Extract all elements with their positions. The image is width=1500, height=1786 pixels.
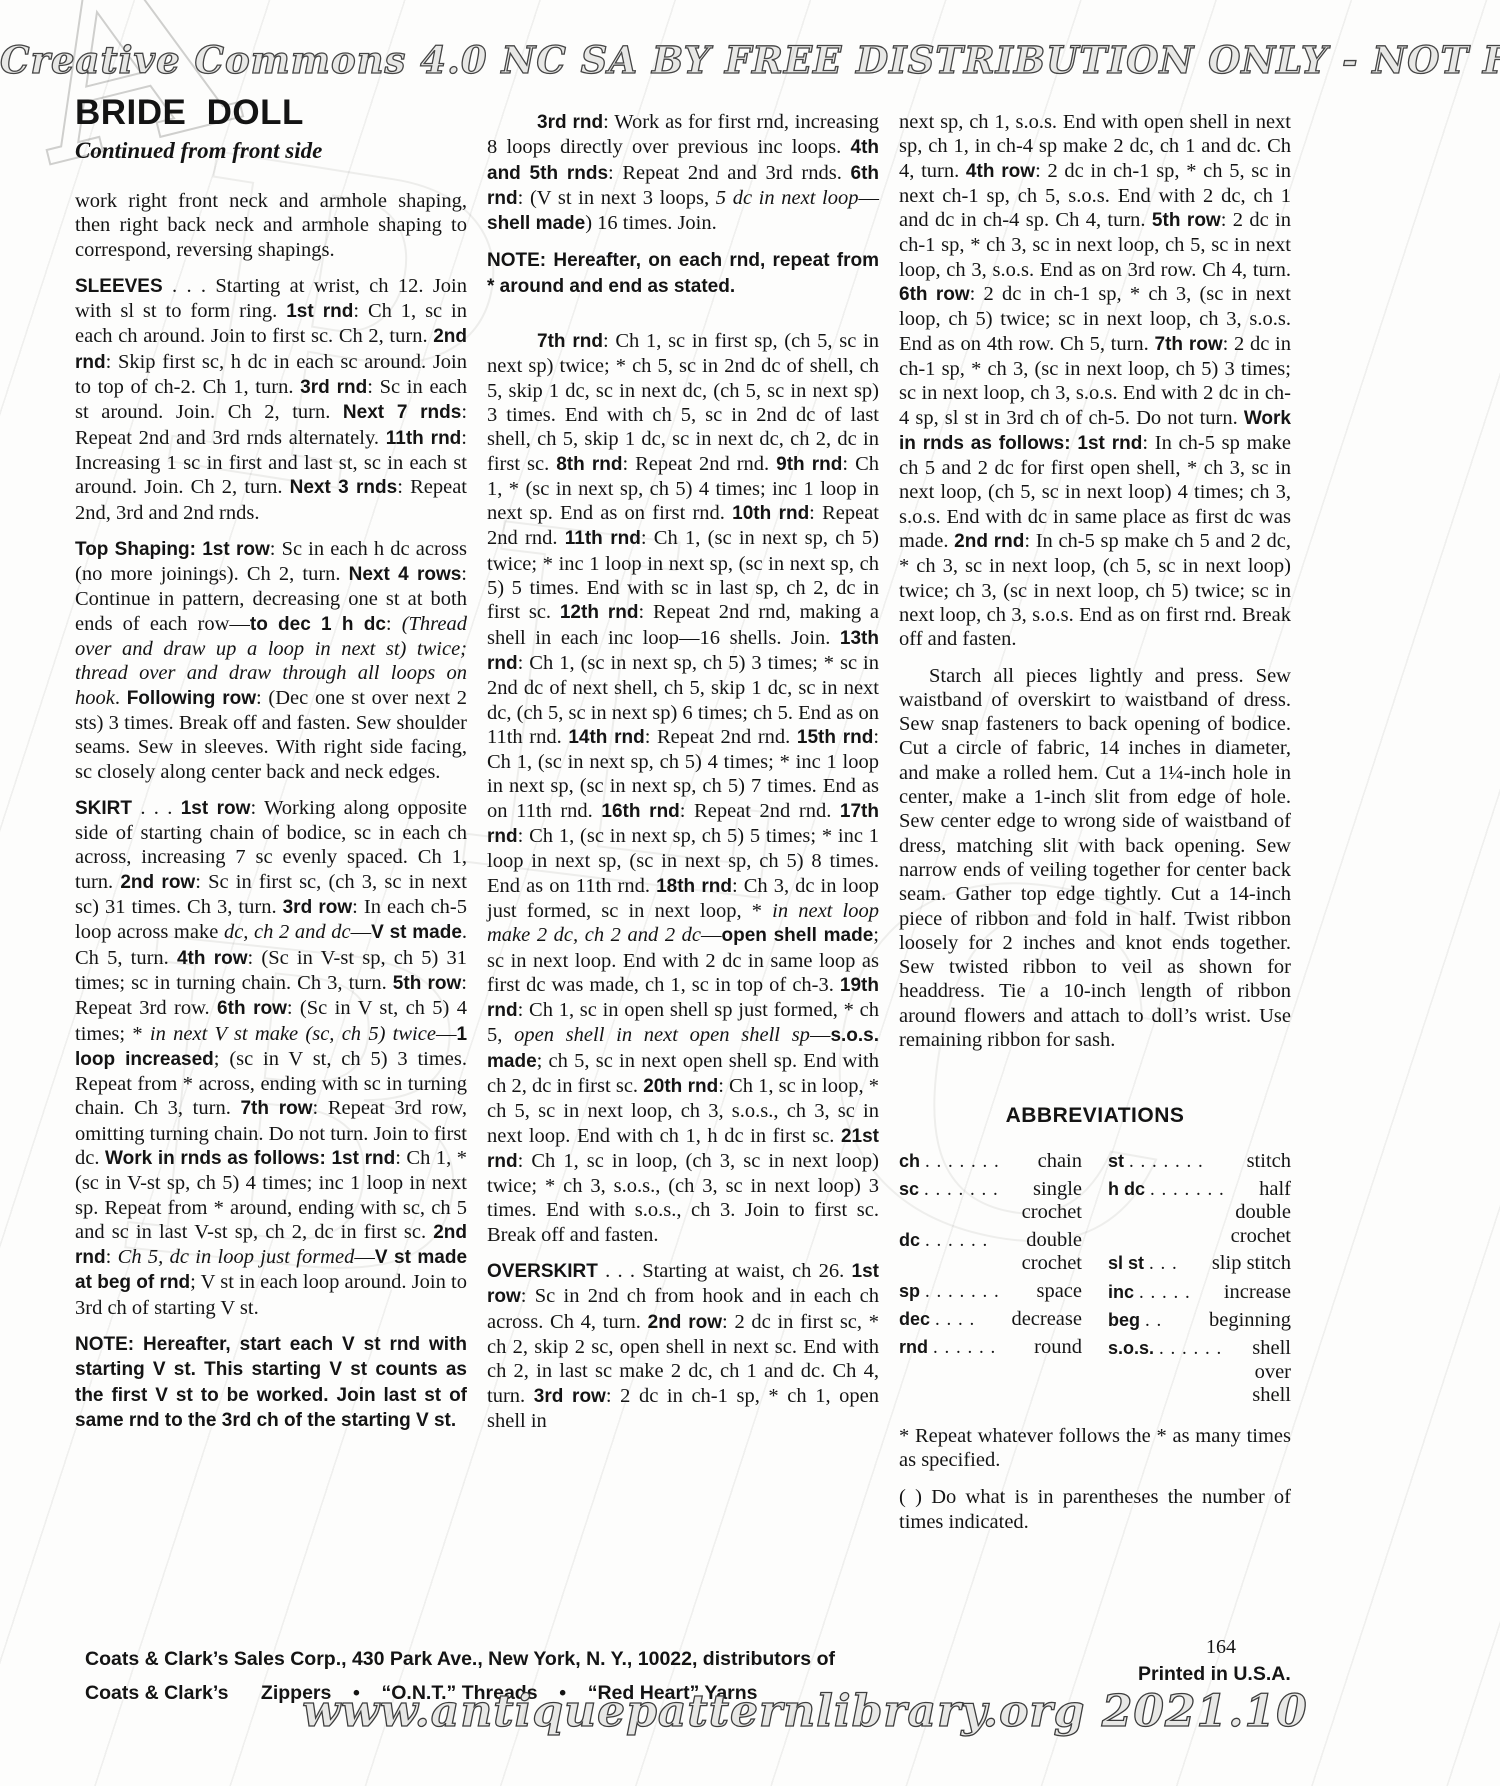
dot-leader: . . . . . . . (920, 1280, 1005, 1304)
abbreviation-row: inc. . . . .increase (1108, 1280, 1291, 1305)
dot-leader: . . . . . . . (919, 1178, 1004, 1202)
dot-leader: . . . . . . . (1145, 1178, 1230, 1202)
publisher-line-1: Coats & Clark’s Sales Corp., 430 Park Av… (85, 1648, 835, 1671)
abbreviation-row: rnd. . . . . .round (899, 1335, 1082, 1360)
dot-leader: . . (1140, 1309, 1167, 1333)
abbreviation-key: s.o.s. (1108, 1336, 1154, 1360)
pattern-paragraph: next sp, ch 1, s.o.s. End with open shel… (899, 110, 1291, 652)
scanned-pattern-page: APLCB Creative Commons 4.0 NC SA BY FREE… (0, 0, 1500, 1786)
dot-leader: . . . (1144, 1252, 1183, 1276)
page-title: BRIDE DOLL (75, 95, 467, 130)
abbreviation-key: dc (899, 1228, 920, 1252)
pattern-paragraph: work right front neck and armhole shapin… (75, 189, 467, 262)
abbreviation-key: sp (899, 1279, 920, 1303)
abbreviation-key: sl st (1108, 1251, 1144, 1275)
printed-in-usa-label: Printed in U.S.A. (1138, 1663, 1291, 1686)
abbreviation-row: h dc. . . . . . .half double crochet (1108, 1177, 1291, 1249)
pattern-paragraph: SLEEVES . . . Starting at wrist, ch 12. … (75, 274, 467, 525)
pattern-paragraph: NOTE: Hereafter, on each rnd, repeat fro… (487, 248, 879, 299)
abbreviation-term: decrease (980, 1308, 1082, 1332)
dot-leader: . . . . . . (928, 1336, 1001, 1360)
dot-leader: . . . . . . (1154, 1337, 1227, 1361)
dot-leader: . . . . . (1134, 1281, 1196, 1305)
abbreviation-row: dec. . . .decrease (899, 1307, 1082, 1332)
abbreviations-heading: ABBREVIATIONS (899, 1104, 1291, 1128)
column-1: BRIDE DOLL Continued from front side wor… (75, 95, 467, 1445)
dot-leader: . . . . (930, 1308, 980, 1332)
abbreviation-key: h dc (1108, 1177, 1145, 1201)
pattern-paragraph: 7th rnd: Ch 1, sc in first sp, (ch 5, sc… (487, 329, 879, 1247)
abbreviation-term: single crochet (1004, 1178, 1082, 1225)
column-3: next sp, ch 1, s.o.s. End with open shel… (899, 110, 1291, 1534)
page-number: 164 (1206, 1636, 1236, 1659)
abbreviation-term: space (1005, 1280, 1082, 1304)
abbreviation-term: slip stitch (1183, 1252, 1291, 1276)
abbreviation-term: double crochet (993, 1229, 1082, 1276)
dot-leader: . . . . . . (920, 1229, 993, 1253)
page-subtitle: Continued from front side (75, 139, 467, 162)
abbreviation-key: st (1108, 1149, 1124, 1173)
abbreviation-row: st. . . . . . .stitch (1108, 1149, 1291, 1174)
dot-leader: . . . . . . . (920, 1150, 1005, 1174)
dot-leader: . . . . . . . (1124, 1150, 1209, 1174)
library-watermark: www.antiquepatternlibrary.org 2021.10 (55, 1686, 1500, 1737)
pattern-paragraph: NOTE: Hereafter, start each V st rnd wit… (75, 1332, 467, 1433)
column-2-text: 3rd rnd: Work as for first rnd, increasi… (487, 110, 879, 1433)
asterisk-note: * Repeat whatever follows the * as many … (899, 1424, 1291, 1473)
abbreviation-row: s.o.s.. . . . . .shell over shell (1108, 1336, 1291, 1408)
pattern-paragraph: 3rd rnd: Work as for first rnd, increasi… (487, 110, 879, 236)
abbreviation-term: increase (1196, 1281, 1291, 1305)
abbreviations-right-column: st. . . . . . .stitchh dc. . . . . . .ha… (1108, 1149, 1291, 1411)
abbreviation-row: ch. . . . . . .chain (899, 1149, 1082, 1174)
abbreviation-row: beg. .beginning (1108, 1308, 1291, 1333)
pattern-paragraph: OVERSKIRT . . . Starting at waist, ch 26… (487, 1259, 879, 1433)
abbreviation-term: chain (1005, 1150, 1082, 1174)
pattern-paragraph: SKIRT . . . 1st row: Working along oppos… (75, 796, 467, 1320)
abbreviation-key: dec (899, 1307, 930, 1331)
pattern-paragraph: Starch all pieces lightly and press. Sew… (899, 664, 1291, 1053)
abbreviations-left-column: ch. . . . . . .chainsc. . . . . . .singl… (899, 1149, 1082, 1411)
abbreviation-term: round (1001, 1336, 1082, 1360)
abbreviation-term: shell over shell (1227, 1337, 1291, 1408)
abbreviation-key: inc (1108, 1280, 1134, 1304)
abbreviation-row: sl st. . .slip stitch (1108, 1251, 1291, 1276)
pattern-paragraph: Top Shaping: 1st row: Sc in each h dc ac… (75, 537, 467, 784)
abbreviation-row: sp. . . . . . .space (899, 1279, 1082, 1304)
abbreviation-key: beg (1108, 1308, 1140, 1332)
parentheses-note: ( ) Do what is in parentheses the number… (899, 1485, 1291, 1534)
abbreviations-section: ABBREVIATIONS ch. . . . . . .chainsc. . … (899, 1104, 1291, 1534)
abbreviation-term: half double crochet (1230, 1178, 1291, 1249)
abbreviation-key: ch (899, 1149, 920, 1173)
abbreviation-row: dc. . . . . .double crochet (899, 1228, 1082, 1276)
abbreviation-row: sc. . . . . . .single crochet (899, 1177, 1082, 1225)
abbreviation-key: rnd (899, 1335, 928, 1359)
column-2: 3rd rnd: Work as for first rnd, increasi… (487, 110, 879, 1445)
column-3-text: next sp, ch 1, s.o.s. End with open shel… (899, 110, 1291, 1052)
abbreviation-term: beginning (1167, 1309, 1291, 1333)
abbreviation-term: stitch (1209, 1150, 1291, 1174)
column-1-text: work right front neck and armhole shapin… (75, 189, 467, 1433)
license-watermark: Creative Commons 4.0 NC SA BY FREE DISTR… (0, 38, 1500, 82)
abbreviation-key: sc (899, 1177, 919, 1201)
